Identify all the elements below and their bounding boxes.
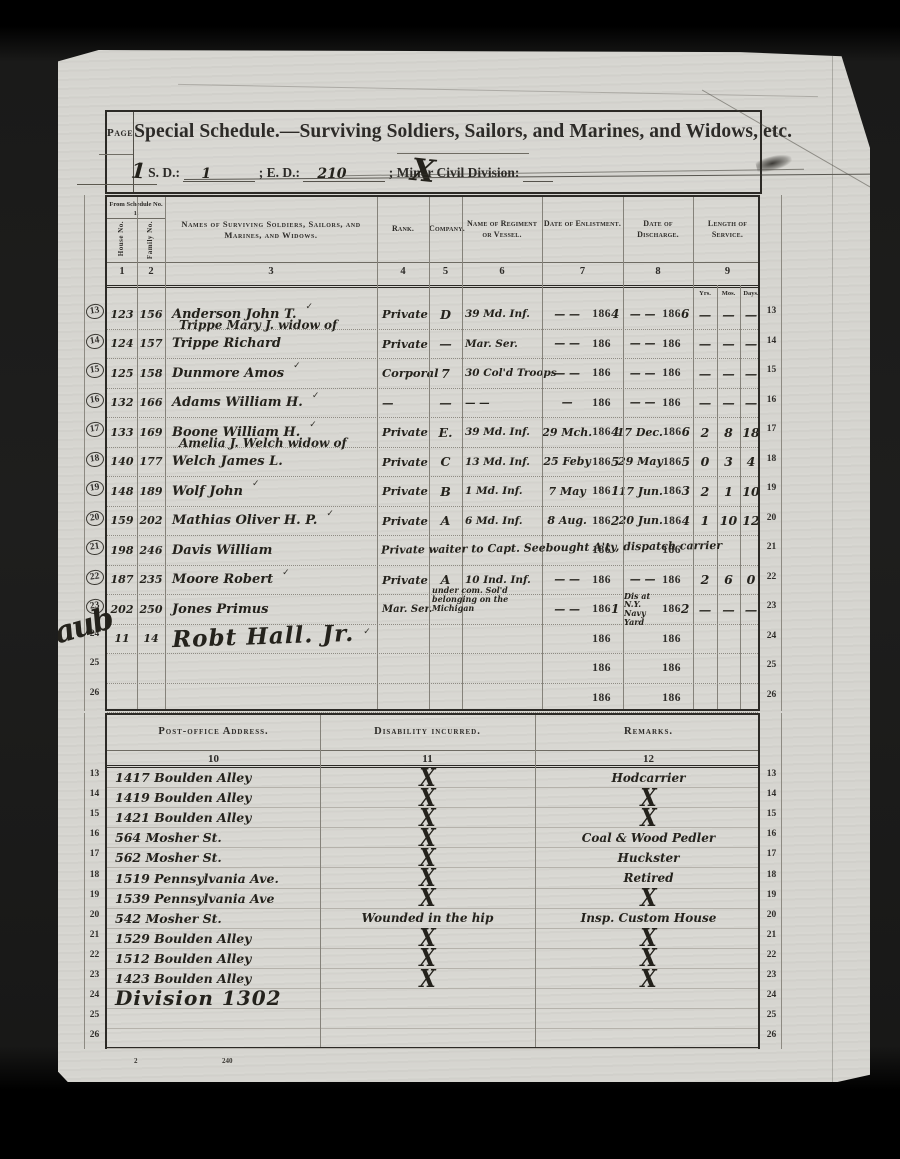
house-no: 125 bbox=[107, 359, 137, 388]
row-number-text: 23 bbox=[90, 970, 100, 980]
house-no bbox=[107, 654, 137, 683]
page-label: Page bbox=[107, 127, 133, 139]
row-number-text: 15 bbox=[85, 362, 104, 379]
rank: — bbox=[377, 389, 429, 418]
printed-year: 186 bbox=[592, 692, 611, 704]
service-days bbox=[740, 684, 762, 713]
row-number-text: 15 bbox=[767, 365, 777, 375]
company-header: Company. bbox=[429, 197, 462, 235]
row-number-text: 26 bbox=[90, 688, 100, 698]
printed-year: 186 bbox=[663, 456, 682, 468]
remarks: Coal & Wood Pedler bbox=[535, 828, 762, 847]
name-text: Wolf John bbox=[172, 484, 243, 499]
disability bbox=[320, 989, 535, 1008]
row-number-text: 26 bbox=[90, 1030, 100, 1040]
family-no bbox=[137, 684, 165, 713]
column-rule bbox=[165, 197, 166, 709]
name-text: Dunmore Amos bbox=[172, 366, 284, 381]
row-number-text: 21 bbox=[767, 930, 777, 940]
row-number-18: 18 bbox=[762, 870, 781, 880]
row-number-17: 17 bbox=[762, 424, 781, 434]
row-number-16: 16 bbox=[85, 393, 104, 408]
row-number-text: 21 bbox=[767, 542, 777, 552]
family-no-header: Family No. bbox=[137, 219, 165, 262]
house-no bbox=[107, 684, 137, 713]
date-detail: 8 Aug. bbox=[542, 514, 592, 527]
service-yrs bbox=[693, 625, 717, 654]
row-number-text: 25 bbox=[90, 658, 100, 668]
name-text: Welch James L. bbox=[172, 454, 283, 469]
row-number-text: 23 bbox=[767, 601, 777, 611]
service-yrs bbox=[693, 654, 717, 683]
row-number-23: 23 bbox=[85, 970, 104, 980]
discharge-header: Date of Discharge. bbox=[623, 197, 693, 241]
row-numbers-lower-right: 1314151617181920212223242526 bbox=[762, 713, 782, 1049]
family-no: 250 bbox=[137, 595, 165, 624]
x-mark: X bbox=[419, 969, 435, 987]
discharge-date: 20 Jun.1864 bbox=[623, 507, 693, 536]
row-number-text: 22 bbox=[767, 950, 777, 960]
row-number-text: 13 bbox=[767, 769, 777, 779]
x-mark: X bbox=[640, 889, 656, 907]
row-number-16: 16 bbox=[762, 395, 781, 405]
row-number-25: 25 bbox=[85, 658, 104, 668]
soldier-name: Mathias Oliver H. P.✓ bbox=[165, 507, 377, 536]
row-number-26: 26 bbox=[85, 688, 104, 698]
row-number-text: 13 bbox=[767, 306, 777, 316]
row-number-text: 17 bbox=[767, 424, 777, 434]
soldier-row-16: 132166Adams William H.✓——— ——186— —186——… bbox=[107, 389, 758, 419]
check-mark: ✓ bbox=[282, 568, 290, 578]
name-text: Trippe Richard bbox=[172, 336, 281, 351]
enlistment-date: — —186 bbox=[542, 359, 623, 388]
service-yrs bbox=[693, 684, 717, 713]
rank-header: Rank. bbox=[377, 197, 429, 235]
row-number-15: 15 bbox=[762, 809, 781, 819]
col-num-9: 9 bbox=[693, 266, 762, 277]
row-number-25: 25 bbox=[762, 660, 781, 670]
name-text: Jones Primus bbox=[172, 602, 268, 617]
rank-text: Private bbox=[382, 425, 428, 439]
printed-year: 186 bbox=[592, 633, 611, 645]
year-digit: 6 bbox=[682, 425, 690, 439]
enlistment-date: — —186 bbox=[542, 566, 623, 595]
row-number-19: 19 bbox=[762, 483, 781, 493]
po-address: 562 Mosher St. bbox=[107, 848, 320, 867]
po-address: 564 Mosher St. bbox=[107, 828, 320, 847]
row-number-text: 26 bbox=[767, 1030, 777, 1040]
row-number-14: 14 bbox=[762, 789, 781, 799]
enlistment-date: 8 Aug.1862 bbox=[542, 507, 623, 536]
x-mark: X bbox=[419, 889, 435, 907]
service-days: 12 bbox=[740, 507, 762, 536]
disability: X bbox=[320, 969, 535, 988]
discharge-date: — —186 bbox=[623, 389, 693, 418]
row-number-22: 22 bbox=[85, 950, 104, 960]
regiment: 30 Col'd Troops bbox=[462, 359, 542, 388]
row-number-text: 19 bbox=[85, 480, 104, 497]
regiment: — — bbox=[462, 389, 542, 418]
handwritten-text: Coal & Wood Pedler bbox=[582, 831, 715, 845]
row-number-text: 16 bbox=[767, 829, 777, 839]
date-detail: 29 May bbox=[618, 455, 663, 468]
row-number-text: 21 bbox=[90, 930, 100, 940]
service-days: — bbox=[740, 595, 762, 624]
scanner-background: Page 1 Special Schedule.—Surviving Soldi… bbox=[0, 0, 900, 1159]
row-number-19: 19 bbox=[85, 890, 104, 900]
rank-text: Mar. Ser. bbox=[382, 604, 432, 615]
po-address: 1512 Boulden Alley bbox=[107, 949, 320, 968]
row-number-13: 13 bbox=[85, 304, 104, 319]
service-yrs: 2 bbox=[693, 418, 717, 447]
service-yrs: — bbox=[693, 300, 717, 329]
mos-header: Mos. bbox=[717, 290, 740, 297]
column-rule bbox=[429, 197, 430, 709]
company: C bbox=[429, 448, 462, 477]
row-number-text: 18 bbox=[767, 454, 777, 464]
row-number-22: 22 bbox=[85, 570, 104, 585]
row-number-22: 22 bbox=[762, 950, 781, 960]
printed-year: 186 bbox=[592, 603, 611, 615]
row-number-21: 21 bbox=[85, 540, 104, 555]
column-rule bbox=[377, 197, 378, 709]
house-no: 123 bbox=[107, 300, 137, 329]
row-number-22: 22 bbox=[762, 572, 781, 582]
soldier-name: Dunmore Amos✓ bbox=[165, 359, 377, 388]
printed-year: 186 bbox=[592, 515, 611, 527]
row-number-16: 16 bbox=[85, 829, 104, 839]
family-no: 166 bbox=[137, 389, 165, 418]
soldier-name: Wolf John✓ bbox=[165, 477, 377, 506]
rank-text: Private bbox=[382, 337, 428, 351]
service-days bbox=[740, 654, 762, 683]
remarks bbox=[535, 1029, 762, 1048]
row-number-text: 23 bbox=[767, 970, 777, 980]
row-number-text: 13 bbox=[85, 303, 104, 320]
row-number-text: 20 bbox=[767, 513, 777, 523]
row-numbers-upper-right: 1314151617181920212223242526 bbox=[762, 195, 782, 711]
family-no: 157 bbox=[137, 330, 165, 359]
col-num-2: 2 bbox=[137, 266, 165, 277]
regiment bbox=[462, 654, 542, 683]
row-number-14: 14 bbox=[762, 336, 781, 346]
year-digit: 4 bbox=[682, 514, 690, 528]
column-rule bbox=[320, 715, 321, 1047]
row-number-21: 21 bbox=[762, 542, 781, 552]
row-number-26: 26 bbox=[762, 690, 781, 700]
family-no: 189 bbox=[137, 477, 165, 506]
name-text: Davis William bbox=[172, 543, 272, 558]
remarks: X bbox=[535, 808, 762, 827]
service-days: — bbox=[740, 389, 762, 418]
house-no: 140 bbox=[107, 448, 137, 477]
enlistment-date: — —1861 bbox=[542, 595, 623, 624]
date-detail: — — bbox=[542, 308, 592, 321]
col-num-10: 10 bbox=[107, 753, 320, 765]
row-number-text: 24 bbox=[767, 990, 777, 1000]
date-detail: 17 Jun. bbox=[619, 485, 663, 498]
soldier-name: Amelia J. Welch widow ofWelch James L. bbox=[165, 448, 377, 477]
regiment: 13 Md. Inf. bbox=[462, 448, 542, 477]
discharge-date: — —186 bbox=[623, 566, 693, 595]
rank: Private bbox=[377, 300, 429, 329]
row-number-text: 24 bbox=[767, 631, 777, 641]
service-sub-rule bbox=[740, 285, 741, 709]
soldier-row-24: 1114Robt Hall. Jr.✓186186 bbox=[107, 625, 758, 655]
printed-year: 186 bbox=[663, 485, 682, 497]
row-number-14: 14 bbox=[85, 789, 104, 799]
form-title: Special Schedule.—Surviving Soldiers, Sa… bbox=[134, 121, 792, 143]
rank-text: Private bbox=[382, 455, 428, 469]
footer-mark-left: 2 bbox=[134, 1057, 138, 1065]
column-rule bbox=[693, 197, 694, 709]
rank: Private bbox=[377, 330, 429, 359]
days-header: Days. bbox=[740, 290, 762, 297]
row-number-17: 17 bbox=[85, 849, 104, 859]
address-header: Post-office Address. bbox=[107, 715, 320, 750]
date-detail: — — bbox=[623, 396, 662, 409]
house-no: 133 bbox=[107, 418, 137, 447]
from-schedule-header: From Schedule No. 1. bbox=[107, 197, 165, 219]
year-digit: 4 bbox=[611, 307, 620, 321]
row-number-text: 16 bbox=[767, 395, 777, 405]
sd-label: S. D.: bbox=[148, 165, 180, 180]
family-no bbox=[137, 654, 165, 683]
row-numbers-lower-left: 1314151617181920212223242526 bbox=[84, 713, 104, 1049]
row-number-text: 17 bbox=[85, 421, 104, 438]
printed-year: 186 bbox=[663, 515, 682, 527]
row-number-text: 14 bbox=[85, 332, 104, 349]
disability-header: Disability incurred. bbox=[320, 715, 535, 750]
rank bbox=[377, 625, 429, 654]
service-mos bbox=[717, 625, 740, 654]
row-number-20: 20 bbox=[85, 511, 104, 526]
enlistment-date: — —186 bbox=[542, 330, 623, 359]
row-number-26: 26 bbox=[85, 1030, 104, 1040]
company: E. bbox=[429, 418, 462, 447]
soldier-name: Adams William H.✓ bbox=[165, 389, 377, 418]
column-rule bbox=[462, 197, 463, 709]
regiment bbox=[462, 625, 542, 654]
column-rule bbox=[542, 197, 543, 709]
row-number-17: 17 bbox=[762, 849, 781, 859]
remarks: X bbox=[535, 969, 762, 988]
printed-year: 186 bbox=[592, 456, 611, 468]
family-no: 202 bbox=[137, 507, 165, 536]
family-no: 156 bbox=[137, 300, 165, 329]
rank-text: Private bbox=[382, 573, 428, 587]
row-number-text: 14 bbox=[767, 789, 777, 799]
company: 7 bbox=[429, 359, 462, 388]
check-mark: ✓ bbox=[309, 420, 317, 430]
soldier-name bbox=[165, 684, 377, 713]
service-yrs: 2 bbox=[693, 477, 717, 506]
row-number-text: 25 bbox=[767, 660, 777, 670]
page-cell-rule bbox=[99, 154, 133, 155]
family-no: 169 bbox=[137, 418, 165, 447]
address-row-19: 1539 Pennsylvania AveXX bbox=[107, 889, 758, 909]
remarks-header: Remarks. bbox=[535, 715, 762, 750]
house-no: 148 bbox=[107, 477, 137, 506]
service-days bbox=[740, 625, 762, 654]
company: B bbox=[429, 477, 462, 506]
date-detail: — — bbox=[623, 573, 662, 586]
date-detail: — — bbox=[623, 337, 662, 350]
service-days: 10 bbox=[740, 477, 762, 506]
row-number-text: 19 bbox=[767, 890, 777, 900]
row-number-19: 19 bbox=[85, 481, 104, 496]
name-text: Robt Hall. Jr. bbox=[172, 620, 355, 653]
address-table: Post-office Address. Disability incurred… bbox=[105, 713, 760, 1049]
row-number-13: 13 bbox=[762, 769, 781, 779]
row-number-text: 19 bbox=[90, 890, 100, 900]
soldier-row-15: 125158Dunmore Amos✓Corporal730 Col'd Tro… bbox=[107, 359, 758, 389]
handwritten-text: Huckster bbox=[618, 851, 680, 865]
widow-of-note: Trippe Mary J. widow of bbox=[179, 318, 337, 332]
address-rows: 1417 Boulden AlleyXHodcarrier1419 Boulde… bbox=[107, 768, 758, 1050]
discharge-date: 17 Jun.1863 bbox=[623, 477, 693, 506]
date-detail: 25 Feby bbox=[542, 455, 592, 468]
row-number-text: 14 bbox=[90, 789, 100, 799]
row-number-text: 22 bbox=[90, 950, 100, 960]
soldier-row-19: 148189Wolf John✓PrivateB1 Md. Inf.7 May1… bbox=[107, 477, 758, 507]
row-number-text: 24 bbox=[90, 990, 100, 1000]
printed-year: 186 bbox=[662, 692, 681, 704]
date-detail: — — bbox=[623, 308, 662, 321]
rank: Private bbox=[377, 507, 429, 536]
family-no: 246 bbox=[137, 536, 165, 565]
discharge-date: 186 bbox=[623, 625, 693, 654]
row-number-20: 20 bbox=[762, 513, 781, 523]
service-mos: — bbox=[717, 389, 740, 418]
service-days: — bbox=[740, 330, 762, 359]
rank-text: Private bbox=[382, 307, 428, 321]
discharge-date: 29 May1865 bbox=[623, 448, 693, 477]
column-numbers-row: 1 2 3 4 5 6 7 8 9 bbox=[107, 262, 758, 285]
date-detail: — — bbox=[542, 573, 592, 586]
col-num-1: 1 bbox=[107, 266, 137, 277]
date-detail: 29 Mch. bbox=[542, 426, 592, 439]
service-mos: 3 bbox=[717, 448, 740, 477]
soldier-name: Davis William bbox=[165, 536, 377, 565]
row-number-15: 15 bbox=[85, 363, 104, 378]
family-no: 14 bbox=[137, 625, 165, 654]
discharge-date: 186 bbox=[623, 684, 693, 713]
row-number-17: 17 bbox=[85, 422, 104, 437]
x-mark: X bbox=[640, 969, 656, 987]
date-detail: 20 Jun. bbox=[619, 514, 663, 527]
row-number-text: 25 bbox=[90, 1010, 100, 1020]
soldier-row-26: 186186 bbox=[107, 684, 758, 714]
company bbox=[429, 625, 462, 654]
service-days: 4 bbox=[740, 448, 762, 477]
row-number-text: 18 bbox=[85, 450, 104, 467]
soldier-row-14: 124157Trippe Mary J. widow ofTrippe Rich… bbox=[107, 330, 758, 360]
row-number-text: 15 bbox=[90, 809, 100, 819]
row-number-18: 18 bbox=[762, 454, 781, 464]
row-number-text: 21 bbox=[85, 539, 104, 556]
service-mos: 8 bbox=[717, 418, 740, 447]
row-number-text: 20 bbox=[767, 910, 777, 920]
service-mos: — bbox=[717, 330, 740, 359]
remarks bbox=[535, 989, 762, 1008]
col-num-4: 4 bbox=[377, 266, 429, 277]
enlistment-date: 7 May1861 bbox=[542, 477, 623, 506]
vessel-note: under com. Sol'd belonging on the Michig… bbox=[432, 586, 550, 614]
mcd-x-mark: X bbox=[409, 152, 437, 190]
po-address: 1417 Boulden Alley bbox=[107, 768, 320, 787]
col-num-5: 5 bbox=[429, 266, 462, 277]
rank-text: — bbox=[382, 396, 394, 410]
service-sub-rule bbox=[717, 285, 718, 709]
po-address: 542 Mosher St. bbox=[107, 909, 320, 928]
house-no: 187 bbox=[107, 566, 137, 595]
page-fold-line bbox=[832, 50, 833, 1082]
address-row-24: Division 1302 bbox=[107, 989, 758, 1009]
ed-value: 210 bbox=[317, 166, 346, 182]
footer-mark-right: 240 bbox=[222, 1057, 233, 1065]
discharge-date: — —1866 bbox=[623, 300, 693, 329]
enlistment-date: 186 bbox=[542, 684, 623, 713]
soldier-name: Robt Hall. Jr.✓ bbox=[165, 625, 377, 654]
page-cell: Page 1 bbox=[107, 112, 134, 192]
row-number-text: 17 bbox=[767, 849, 777, 859]
po-address: 1421 Boulden Alley bbox=[107, 808, 320, 827]
po-address: 1519 Pennsylvania Ave. bbox=[107, 869, 320, 888]
row-number-24: 24 bbox=[762, 990, 781, 1000]
remarks bbox=[535, 1009, 762, 1028]
row-number-text: 14 bbox=[767, 336, 777, 346]
disability: X bbox=[320, 889, 535, 908]
company: A bbox=[429, 507, 462, 536]
row-number-25: 25 bbox=[762, 1010, 781, 1020]
enlistment-date: — —1864 bbox=[542, 300, 623, 329]
date-detail: — — bbox=[542, 337, 592, 350]
company bbox=[429, 684, 462, 713]
soldier-name bbox=[165, 654, 377, 683]
printed-year: 186 bbox=[662, 603, 681, 615]
soldier-row-25: 186186 bbox=[107, 654, 758, 684]
service-mos bbox=[717, 684, 740, 713]
row-number-21: 21 bbox=[85, 930, 104, 940]
printed-year: 186 bbox=[592, 338, 611, 350]
service-yrs: — bbox=[693, 595, 717, 624]
disability bbox=[320, 1029, 535, 1048]
po-address: 1419 Boulden Alley bbox=[107, 788, 320, 807]
year-digit: 3 bbox=[682, 484, 690, 498]
check-mark: ✓ bbox=[326, 509, 334, 519]
printed-year: 186 bbox=[662, 574, 681, 586]
soldier-row-21: 198246Davis William186186Private waiter … bbox=[107, 536, 758, 566]
column-rule bbox=[535, 715, 536, 1047]
house-no: 124 bbox=[107, 330, 137, 359]
service-days: — bbox=[740, 359, 762, 388]
house-no: 132 bbox=[107, 389, 137, 418]
company: — bbox=[429, 330, 462, 359]
enlistment-date: 186 bbox=[542, 625, 623, 654]
row-number-15: 15 bbox=[762, 365, 781, 375]
printed-year: 186 bbox=[592, 662, 611, 674]
service-mos: — bbox=[717, 595, 740, 624]
discharge-date: — —186 bbox=[623, 359, 693, 388]
discharge-date: 17 Dec.1866 bbox=[623, 418, 693, 447]
service-mos: 10 bbox=[717, 507, 740, 536]
scratch-line-2 bbox=[178, 84, 818, 97]
col-num-7: 7 bbox=[542, 266, 623, 277]
rank bbox=[377, 654, 429, 683]
col-num-12: 12 bbox=[535, 753, 762, 765]
date-detail: — — bbox=[623, 367, 662, 380]
